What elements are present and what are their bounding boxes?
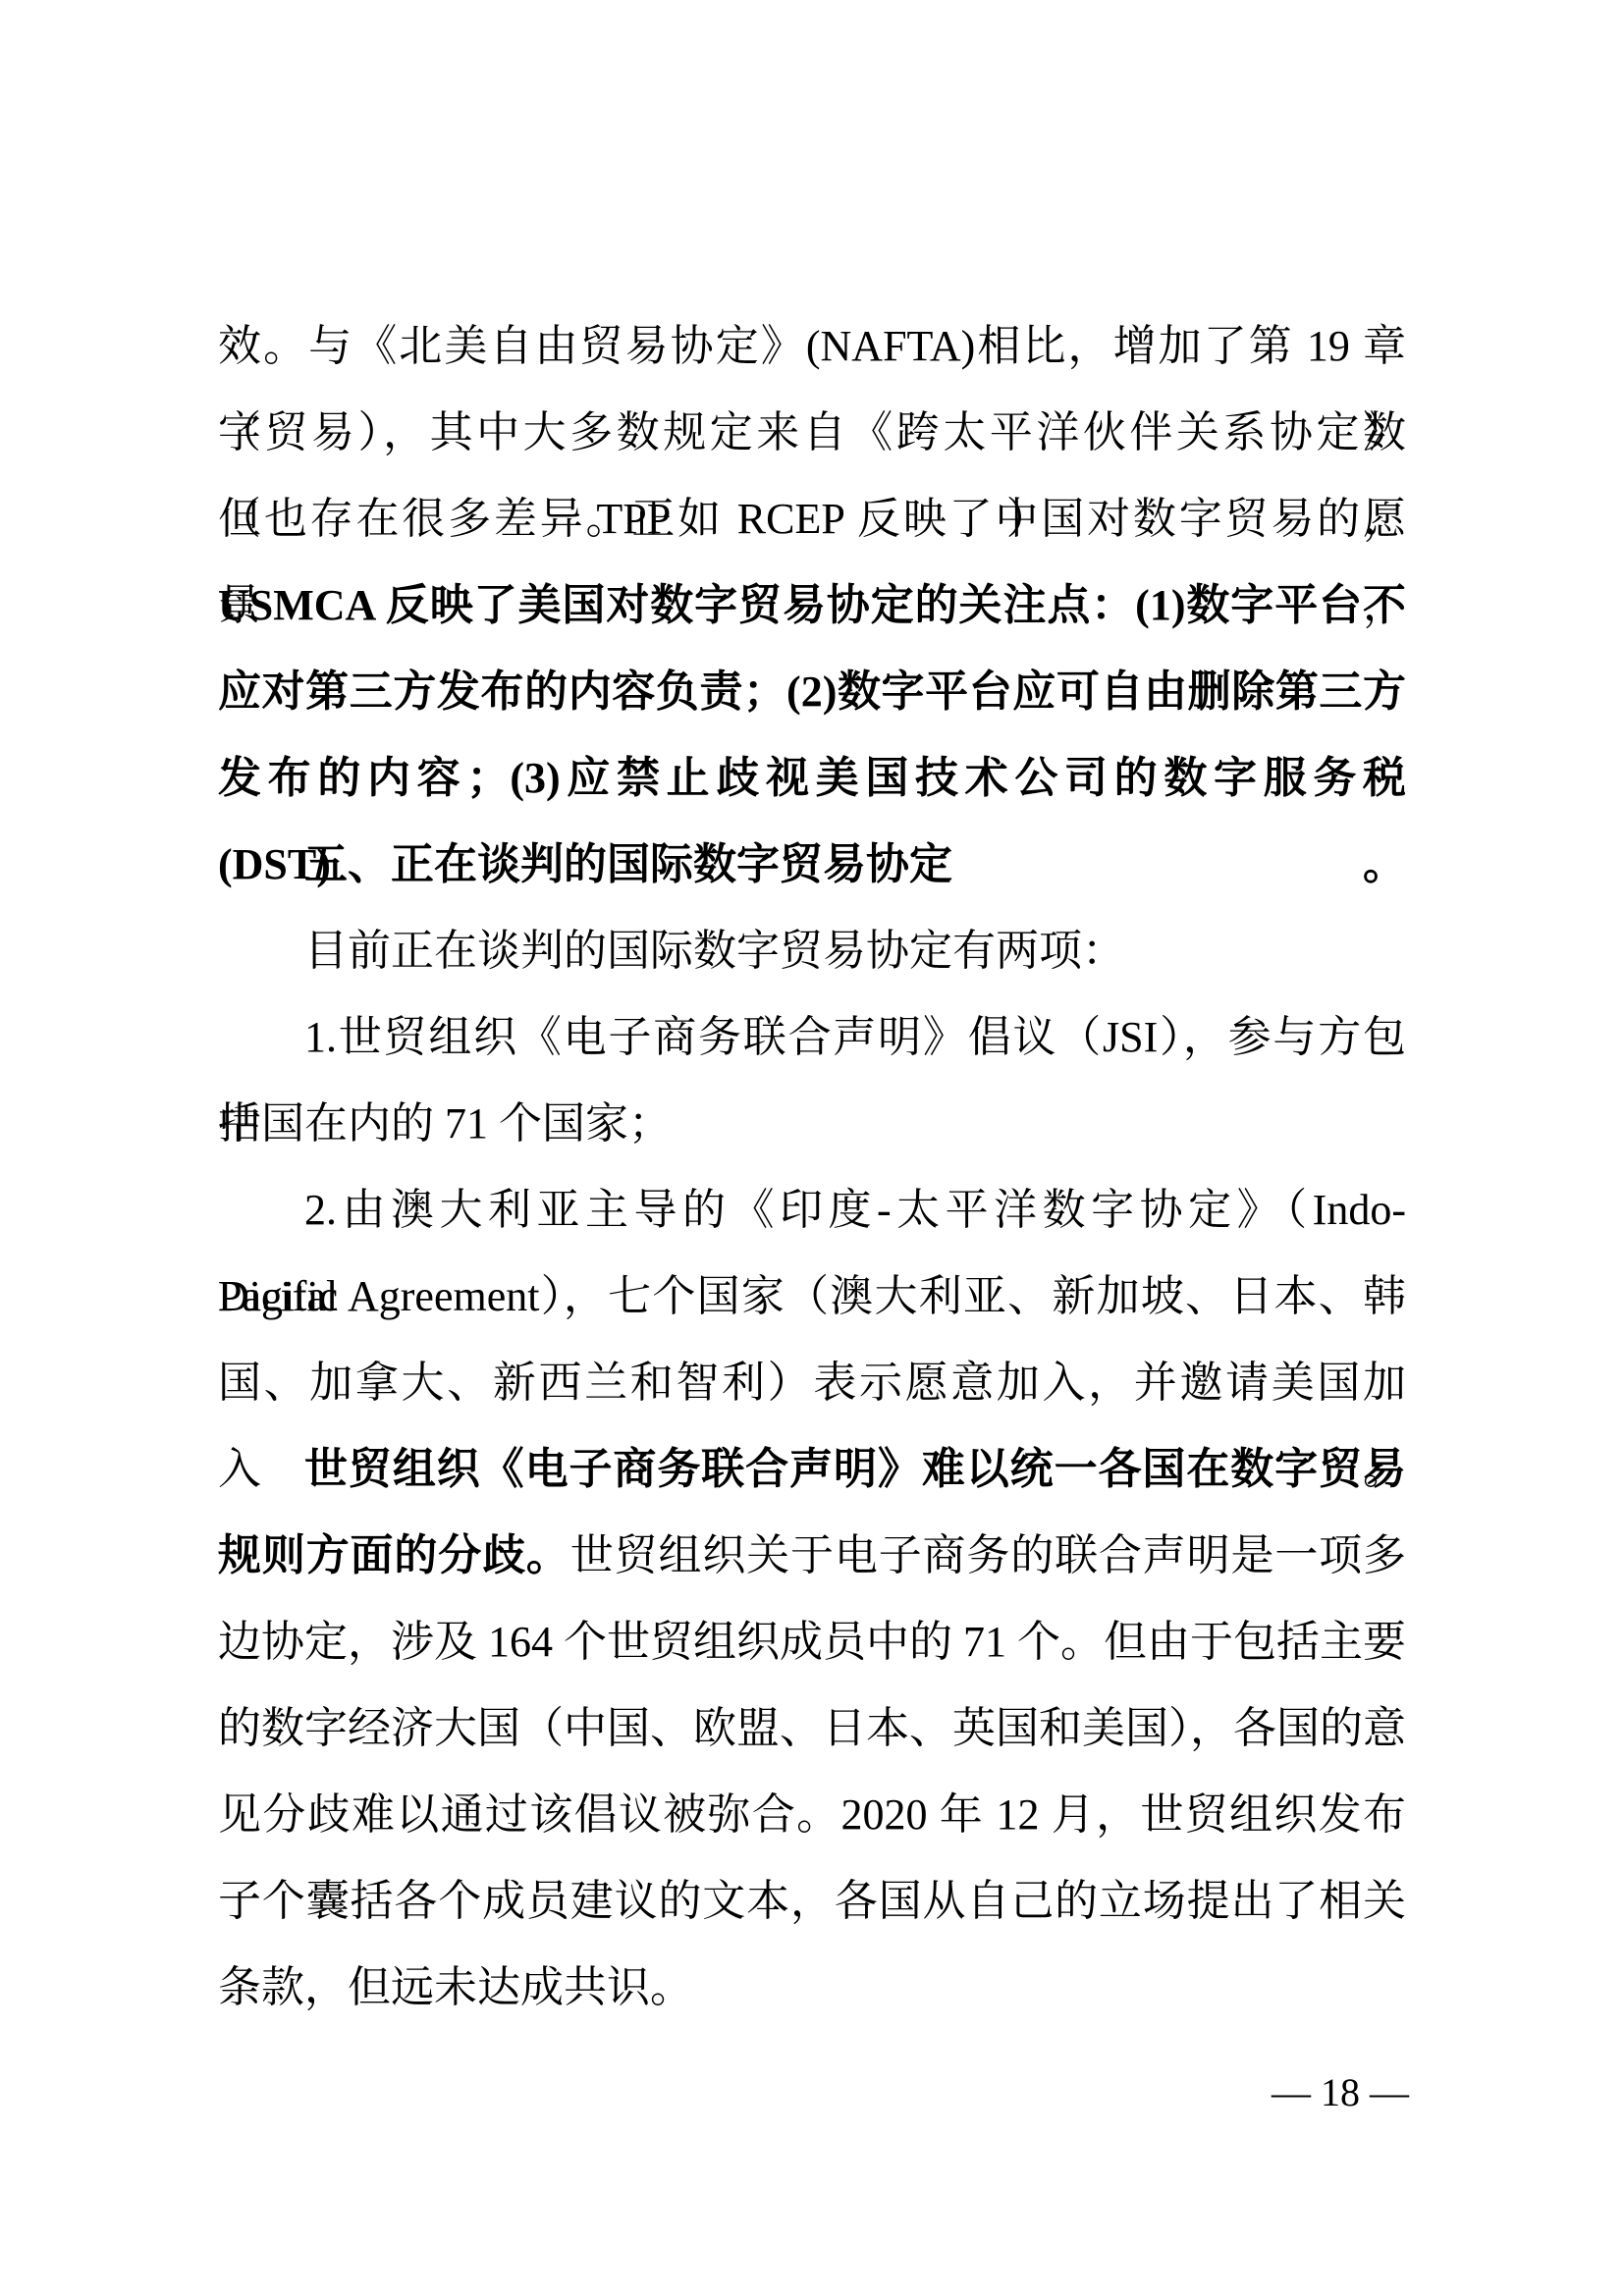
text-line: 边协定，涉及 164 个世贸组织成员中的 71 个。但由于包括主要 (218, 1599, 1406, 1685)
text-line: 世贸组织《电子商务联合声明》难以统一各国在数字贸易 (218, 1426, 1406, 1513)
text-segment: 世贸组织关于电子商务的联合声明是一项多 (570, 1531, 1406, 1579)
document-page: 效。与《北美自由贸易协定》(NAFTA)相比，增加了第 19 章（数字贸易），其… (0, 0, 1624, 2296)
bold-text-segment: 五、正在谈判的国际数字贸易协定 (304, 840, 952, 888)
text-line: 字贸易），其中大多数规定来自《跨太平洋伙伴关系协定》（TPP）， (218, 390, 1406, 476)
text-line: 中国在内的 71 个国家； (218, 1081, 1406, 1167)
text-segment: 条款，但远未达成共识。 (218, 1963, 693, 2011)
text-line: 规则方面的分歧。世贸组织关于电子商务的联合声明是一项多 (218, 1513, 1406, 1599)
text-segment: 中国在内的 71 个国家； (218, 1099, 672, 1148)
bold-text-segment: 规则方面的分歧。 (218, 1531, 570, 1579)
text-line: 的数字经济大国（中国、欧盟、日本、英国和美国），各国的意 (218, 1685, 1406, 1772)
text-line: 条款，但远未达成共识。 (218, 1945, 1406, 2031)
text-line: 目前正在谈判的国际数字贸易协定有两项： (218, 908, 1406, 994)
text-segment: Digital Agreement），七个国家（澳大利亚、新加坡、日本、韩 (218, 1272, 1406, 1320)
bold-text-segment: 世贸组织《电子商务联合声明》难以统一各国在数字贸易 (304, 1445, 1406, 1493)
text-line: 应对第三方发布的内容负责；(2)数字平台应可自由删除第三方 (218, 649, 1406, 735)
text-segment: 边协定，涉及 164 个世贸组织成员中的 71 个。但由于包括主要 (218, 1618, 1406, 1666)
text-line: 国、加拿大、新西兰和智利）表示愿意加入，并邀请美国加入。 (218, 1340, 1406, 1426)
page-number: — 18 — (1272, 2065, 1409, 2120)
text-segment: 一个囊括各个成员建议的文本，各国从自己的立场提出了相关 (218, 1877, 1406, 1925)
text-segment: 的数字经济大国（中国、欧盟、日本、英国和美国），各国的意 (218, 1704, 1406, 1752)
text-line: 但也存在很多差异。正如 RCEP 反映了中国对数字贸易的愿景， (218, 476, 1406, 562)
text-line: 发布的内容；(3)应禁止歧视美国技术公司的数字服务税(DST)。 (218, 735, 1406, 822)
text-segment: 目前正在谈判的国际数字贸易协定有两项： (304, 927, 1125, 975)
text-line: Digital Agreement），七个国家（澳大利亚、新加坡、日本、韩 (218, 1254, 1406, 1340)
text-line: 效。与《北美自由贸易协定》(NAFTA)相比，增加了第 19 章（数 (218, 303, 1406, 390)
bold-text-segment: 应对第三方发布的内容负责；(2)数字平台应可自由删除第三方 (218, 667, 1406, 716)
text-line: USMCA 反映了美国对数字贸易协定的关注点：(1)数字平台不 (218, 562, 1406, 649)
bold-text-segment: USMCA 反映了美国对数字贸易协定的关注点：(1)数字平台不 (218, 581, 1406, 629)
text-line: 2.由澳大利亚主导的《印度-太平洋数字协定》（Indo-Pacific (218, 1167, 1406, 1254)
text-line: 1.世贸组织《电子商务联合声明》倡议（JSI），参与方包括 (218, 994, 1406, 1081)
text-line: 见分歧难以通过该倡议被弥合。2020 年 12 月，世贸组织发布了 (218, 1772, 1406, 1858)
text-line: 一个囊括各个成员建议的文本，各国从自己的立场提出了相关 (218, 1858, 1406, 1945)
document-body: 效。与《北美自由贸易协定》(NAFTA)相比，增加了第 19 章（数字贸易），其… (218, 303, 1406, 2031)
